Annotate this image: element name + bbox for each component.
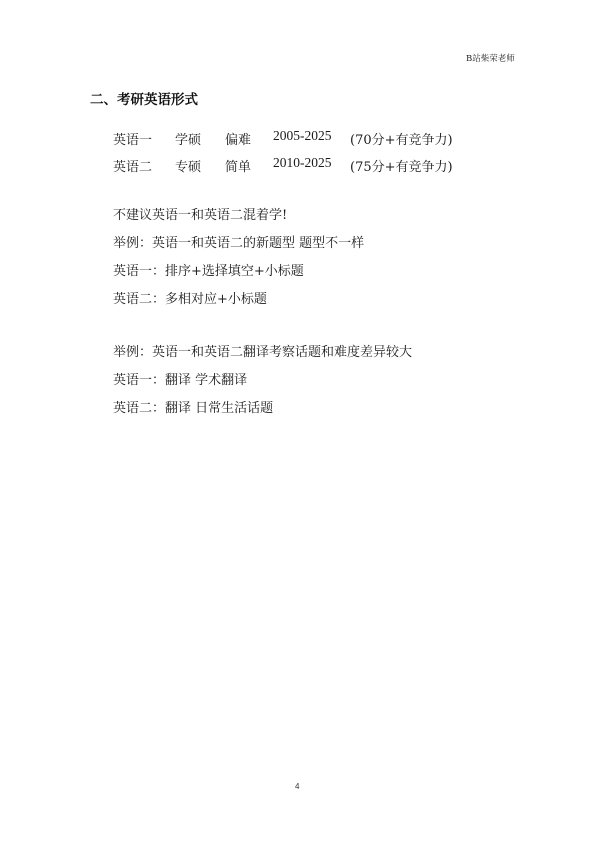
difficulty: 简单: [225, 156, 251, 175]
exam-name: 英语二: [113, 156, 152, 175]
text-line: 举例：英语一和英语二翻译考察话题和难度差异较大: [113, 341, 412, 360]
page-header-author: B站柴荣老师: [466, 52, 515, 64]
text-line: 举例：英语一和英语二的新题型 题型不一样: [113, 232, 364, 251]
score-note: (70分+有竞争力): [350, 129, 453, 148]
difficulty: 偏难: [225, 129, 251, 148]
text-line: 英语一：排序+选择填空+小标题: [113, 260, 304, 279]
degree-type: 专硕: [175, 156, 201, 175]
page-number: 4: [295, 782, 299, 791]
score-note: (75分+有竞争力): [350, 156, 453, 175]
year-range: 2010-2025: [273, 155, 332, 171]
year-range: 2005-2025: [273, 128, 332, 144]
text-line: 英语二：多相对应+小标题: [113, 288, 267, 307]
degree-type: 学硕: [175, 129, 201, 148]
exam-name: 英语一: [113, 129, 152, 148]
text-line: 不建议英语一和英语二混着学!: [113, 204, 287, 223]
text-line: 英语一：翻译 学术翻译: [113, 369, 247, 388]
section-title: 二、考研英语形式: [90, 88, 198, 108]
text-line: 英语二：翻译 日常生活话题: [113, 397, 273, 416]
